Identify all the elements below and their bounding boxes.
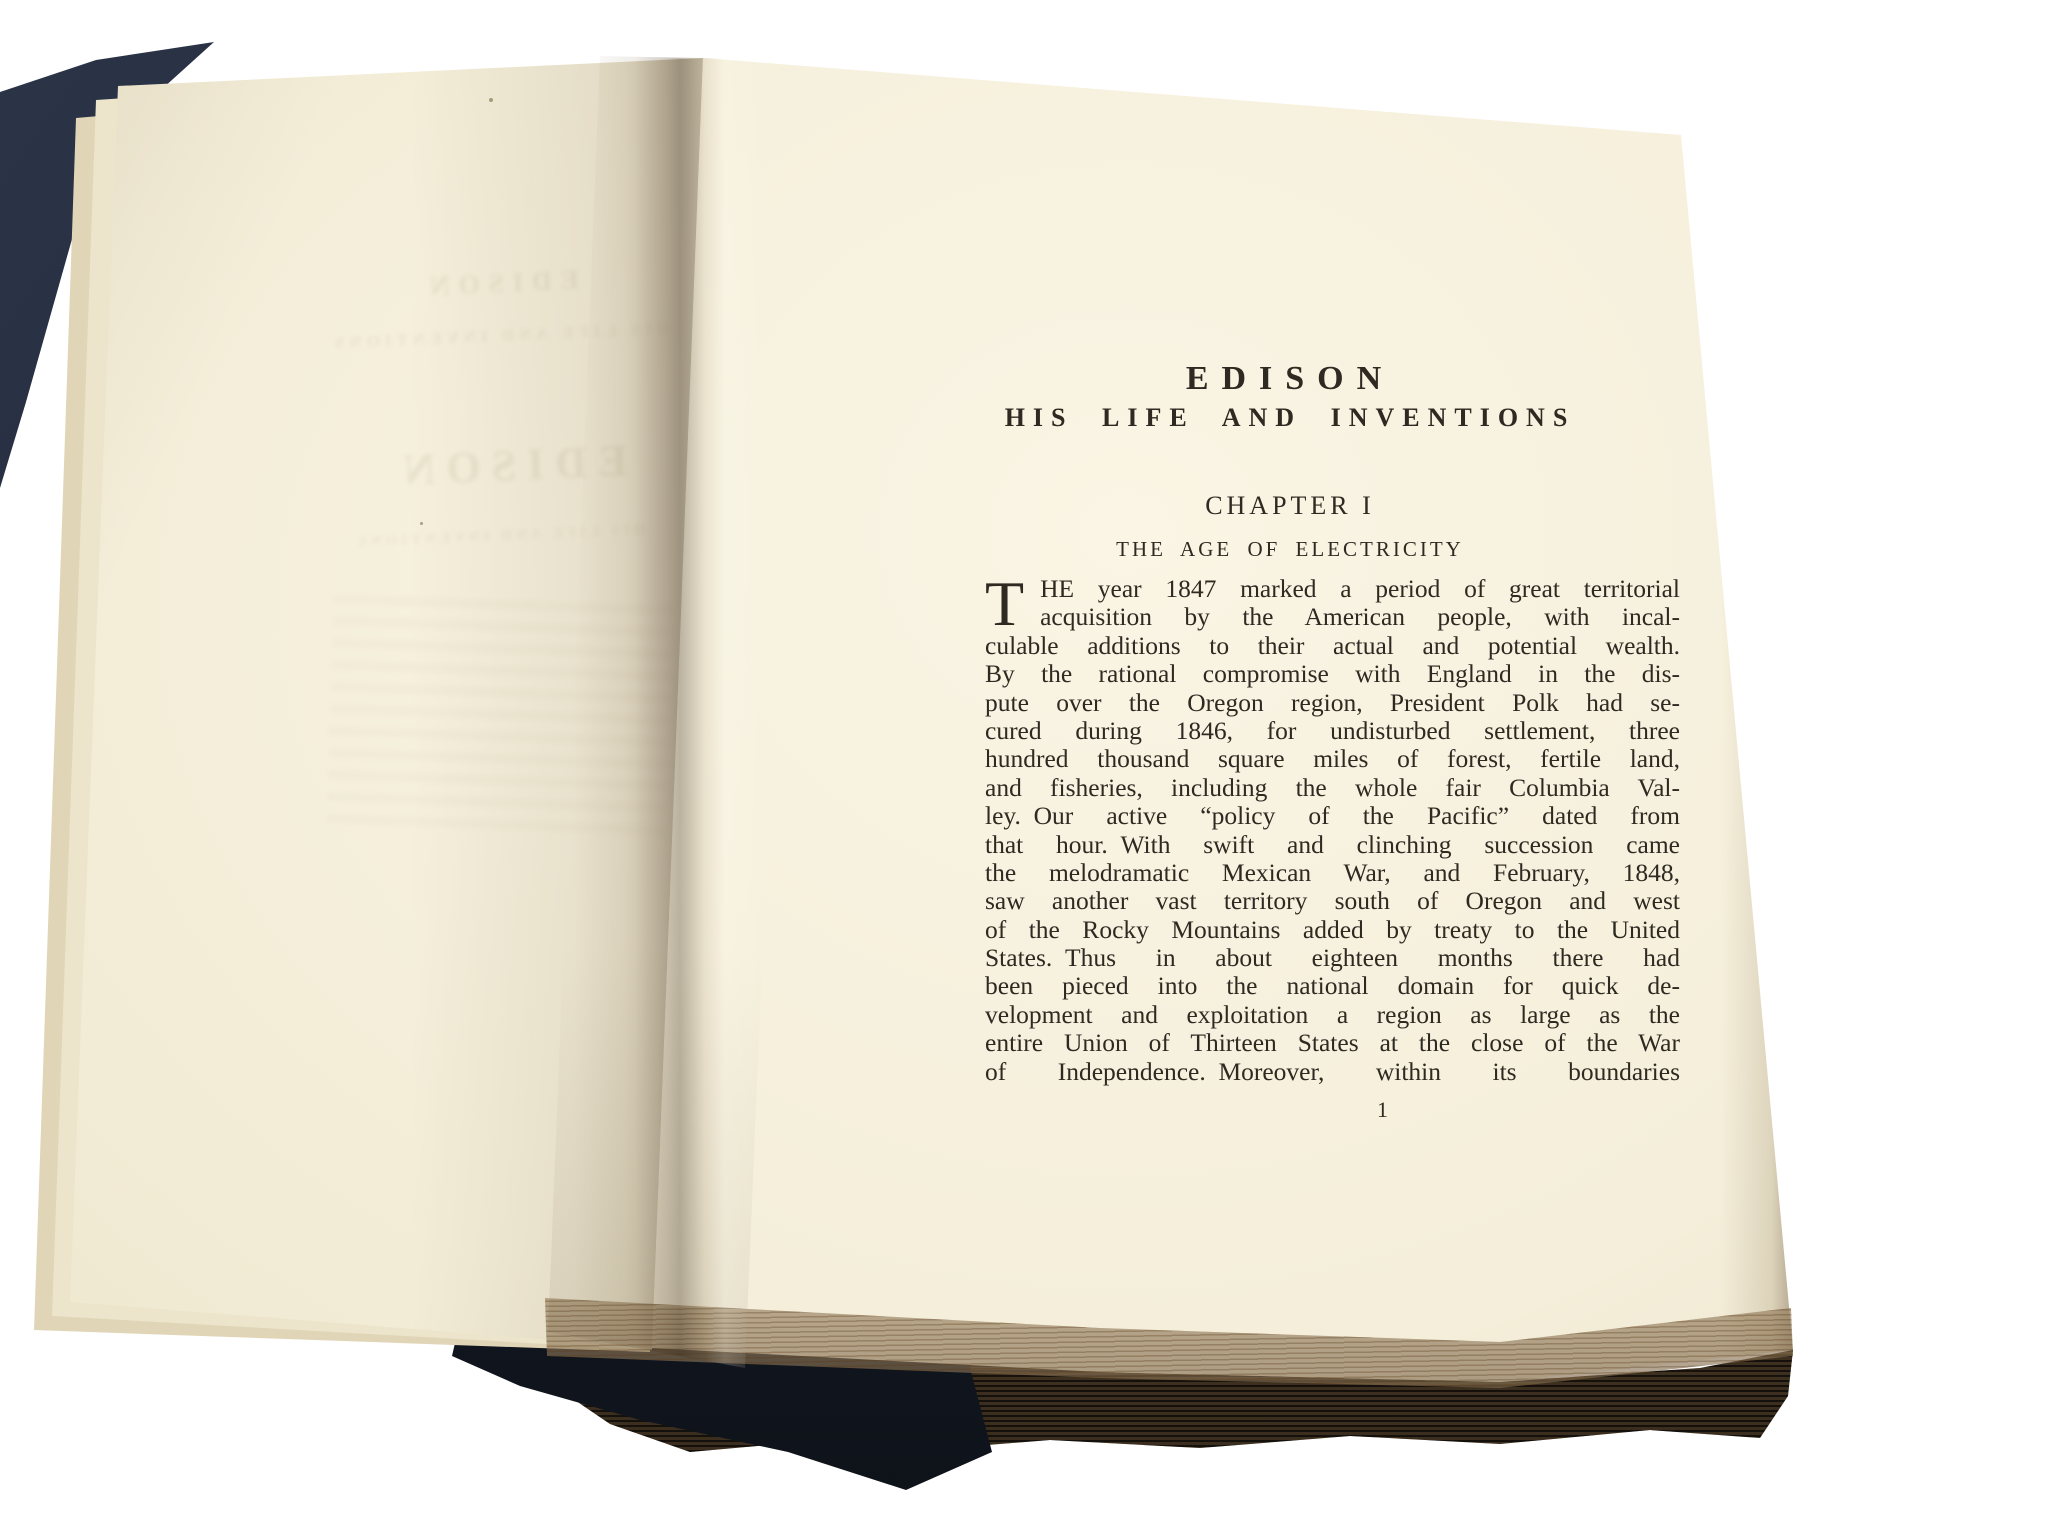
body-line: ley. Our active “policy of the Pacific” … [985,802,1680,830]
body-line: States. Thus in about eighteen months th… [985,944,1680,972]
body-line: of the Rocky Mountains added by treaty t… [985,916,1680,944]
body-line: saw another vast territory south of Oreg… [985,887,1680,915]
drop-cap: T [985,575,1040,628]
paper-speck [420,522,423,525]
body-line: cured during 1846, for undisturbed settl… [985,717,1680,745]
body-line: entire Union of Thirteen States at the c… [985,1029,1680,1057]
body-line: pute over the Oregon region, President P… [985,689,1680,717]
body-line: that hour. With swift and clinching succ… [985,831,1680,859]
body-line: of Independence. Moreover, within its bo… [985,1058,1680,1086]
page-number: 1 [985,1097,1680,1123]
body-text: T HE year 1847 marked a period of great … [985,575,1680,1086]
paper-speck [489,98,493,102]
body-lines: HE year 1847 marked a period of great te… [985,575,1680,1086]
chapter-subheading: THE AGE OF ELECTRICITY [930,537,1650,562]
body-line: hundred thousand square miles of forest,… [985,745,1680,773]
book-title: EDISON [930,360,1650,398]
body-line: culable additions to their actual and po… [985,632,1680,660]
body-line: By the rational compromise with England … [985,660,1680,688]
chapter-heading: CHAPTER I [930,491,1650,521]
body-line: the melodramatic Mexican War, and Februa… [985,859,1680,887]
body-line: and fisheries, including the whole fair … [985,774,1680,802]
book-subtitle: HIS LIFE AND INVENTIONS [905,403,1675,433]
book-photo: EDISON HIS LIFE AND INVENTIONS EDISON HI… [0,0,2048,1520]
body-line: acquisition by the American people, with… [985,603,1680,631]
body-line: velopment and exploitation a region as l… [985,1001,1680,1029]
body-line: been pieced into the national domain for… [985,972,1680,1000]
body-line: HE year 1847 marked a period of great te… [985,575,1680,603]
